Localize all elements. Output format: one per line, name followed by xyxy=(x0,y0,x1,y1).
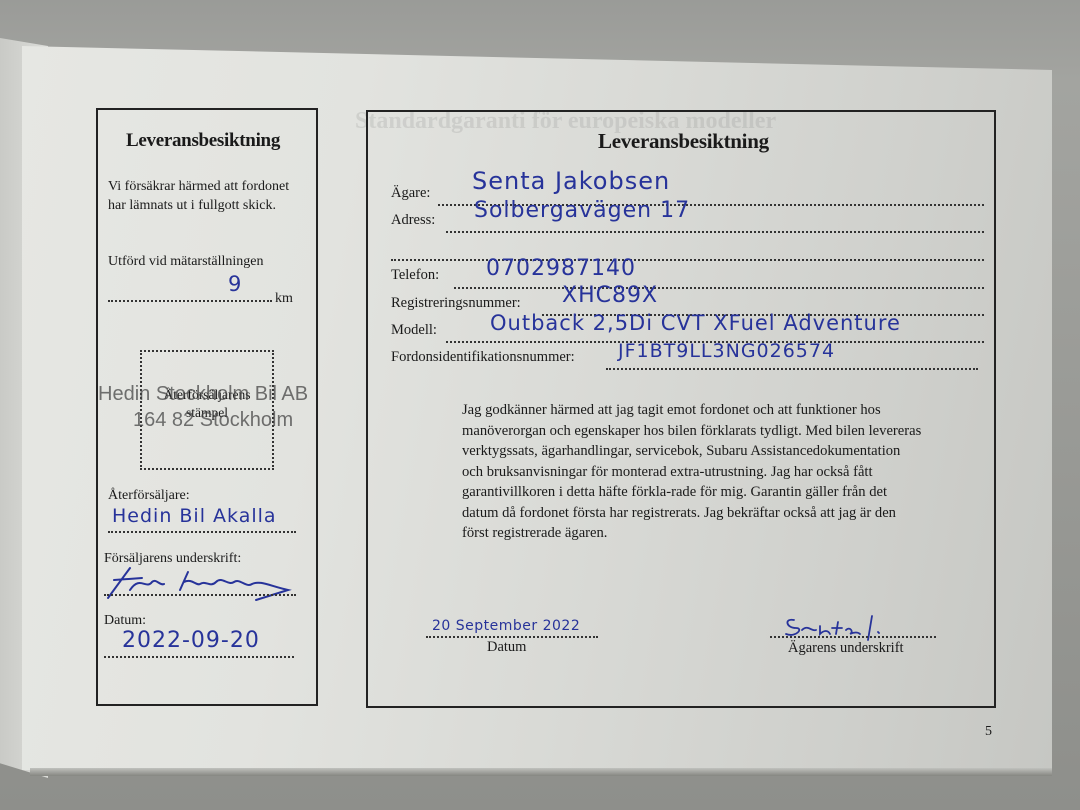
phone-label: Telefon: xyxy=(391,266,439,285)
odometer-unit: km xyxy=(275,290,293,308)
odometer-line xyxy=(108,300,272,302)
page-stack-edge xyxy=(30,768,1052,776)
owner-form-title: Leveransbesiktning xyxy=(598,129,769,154)
dealer-stamp-line-1: Hedin Stockholm Bil AB xyxy=(98,383,308,406)
dealer-label: Återförsäljare: xyxy=(108,487,190,505)
declaration-line-1: Vi försäkrar härmed att fordonet xyxy=(108,178,289,196)
vin-line xyxy=(606,368,978,370)
seller-signature[interactable] xyxy=(100,560,295,605)
owner-signature-label: Ägarens underskrift xyxy=(788,639,904,658)
phone-value[interactable]: 0702987140 xyxy=(486,256,636,281)
owner-label: Ägare: xyxy=(391,184,430,203)
acceptance-statement: Jag godkänner härmed att jag tagit emot … xyxy=(462,400,922,544)
dealer-line xyxy=(108,531,296,533)
owner-signature-line xyxy=(770,636,936,638)
odometer-value[interactable]: 9 xyxy=(228,272,242,296)
acceptance-text: Jag godkänner härmed att jag tagit emot … xyxy=(462,400,922,544)
vin-label: Fordonsidentifikationsnummer: xyxy=(391,348,575,367)
dealer-stamp-line-2: 164 82 Stockholm xyxy=(133,409,293,432)
dealer-form-title: Leveransbesiktning xyxy=(126,130,280,152)
model-value[interactable]: Outback 2,5Di CVT XFuel Adventure xyxy=(490,311,901,335)
owner-value[interactable]: Senta Jakobsen xyxy=(472,167,670,195)
address-label: Adress: xyxy=(391,211,435,230)
dealer-value[interactable]: Hedin Bil Akalla xyxy=(112,505,277,527)
declaration-line-2: har lämnats ut i fullgott skick. xyxy=(108,197,276,215)
page-number: 5 xyxy=(985,724,992,740)
owner-date-label: Datum xyxy=(487,638,526,657)
phone-line xyxy=(454,287,984,289)
odometer-label: Utförd vid mätarställningen xyxy=(108,253,264,271)
seller-signature-line xyxy=(104,594,296,596)
address-line xyxy=(446,231,984,233)
dealer-date-value[interactable]: 2022-09-20 xyxy=(122,628,260,653)
owner-date-value[interactable]: 20 September 2022 xyxy=(432,618,580,634)
address-line-2 xyxy=(391,259,984,261)
dealer-date-line xyxy=(104,656,294,658)
address-value[interactable]: Solbergavägen 17 xyxy=(474,198,690,223)
vin-value[interactable]: JF1BT9LL3NG026574 xyxy=(618,340,835,362)
model-label: Modell: xyxy=(391,321,437,340)
registration-value[interactable]: XHC89X xyxy=(562,283,658,308)
